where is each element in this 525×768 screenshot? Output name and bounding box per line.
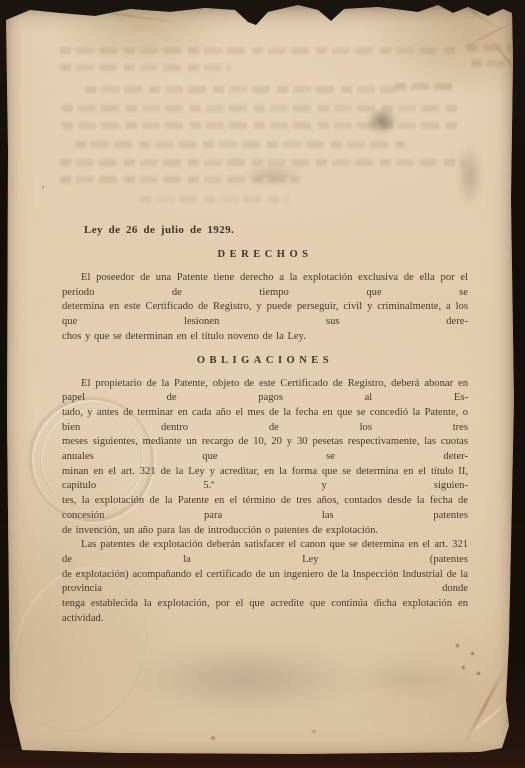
speck xyxy=(477,672,480,675)
speck xyxy=(456,644,459,647)
rust-speck xyxy=(211,736,215,740)
ghost-text-line xyxy=(62,105,462,112)
ghost-text-line xyxy=(60,176,300,183)
law-title: Ley de 26 de julio de 1929. xyxy=(84,224,468,236)
document-text-line: tes, la explotación de la Patente en el … xyxy=(62,494,468,523)
derechos-paragraph: El poseedor de una Patente tiene derecho… xyxy=(62,271,468,345)
stain xyxy=(243,164,303,186)
stain xyxy=(120,644,370,714)
section-heading-derechos: DERECHOS xyxy=(62,249,468,260)
ghost-text-line xyxy=(60,47,460,54)
crease-mark xyxy=(65,6,184,25)
document-text-line: El poseedor de una Patente tiene derecho… xyxy=(62,271,468,300)
speck xyxy=(471,652,474,655)
document-text-line: minan en el art. 321 de la Ley y acredit… xyxy=(62,465,468,494)
document-text-line: de invención, un año para las de introdu… xyxy=(62,524,468,539)
ghost-text-line xyxy=(60,64,230,71)
crease-mark xyxy=(461,662,509,748)
document-text-line: chos y que se determinan en el título no… xyxy=(62,330,468,345)
scanned-page: Ley de 26 de julio de 1929. DERECHOS El … xyxy=(5,4,514,758)
stain xyxy=(345,659,475,699)
document-text-block: Ley de 26 de julio de 1929. DERECHOS El … xyxy=(62,224,468,626)
ghost-text-line xyxy=(75,141,405,148)
document-text-line: meses siguientes, mediante un recargo de… xyxy=(62,435,468,464)
document-text-line: de explotación) acompañando el certifica… xyxy=(62,568,468,597)
obligaciones-paragraph-2: Las patentes de explotación deberán sati… xyxy=(62,538,468,626)
crease-mark xyxy=(441,0,503,33)
crease-mark xyxy=(460,21,517,50)
ghost-text-line xyxy=(467,44,511,51)
ghost-text-line xyxy=(471,60,511,67)
document-text-line: tenga establecida la explotación, por el… xyxy=(62,597,468,626)
scan-background: { "doc": { "law_title": "Ley de 26 de ju… xyxy=(0,0,525,768)
ghost-text-line xyxy=(85,86,395,93)
stain xyxy=(457,144,483,208)
ghost-text-line xyxy=(62,122,457,129)
document-text-line: Las patentes de explotación deberán sati… xyxy=(62,538,468,567)
crease-mark xyxy=(488,36,522,78)
speck xyxy=(462,666,465,669)
crease-mark xyxy=(463,694,518,741)
document-text-line: determina en este Certificado de Registr… xyxy=(62,300,468,329)
ghost-text-line xyxy=(140,196,290,203)
obligaciones-paragraph-1: El propietario de la Patente, objeto de … xyxy=(62,377,468,539)
document-text-line: El propietario de la Patente, objeto de … xyxy=(62,377,468,406)
stain xyxy=(367,108,397,134)
speck xyxy=(42,186,44,188)
rust-speck xyxy=(312,730,316,733)
ghost-text-line xyxy=(60,159,465,166)
section-heading-obligaciones: OBLIGACIONES xyxy=(62,355,468,366)
document-text-line: tado, y antes de terminar en cada año el… xyxy=(62,406,468,435)
ghost-text-line xyxy=(395,83,453,90)
